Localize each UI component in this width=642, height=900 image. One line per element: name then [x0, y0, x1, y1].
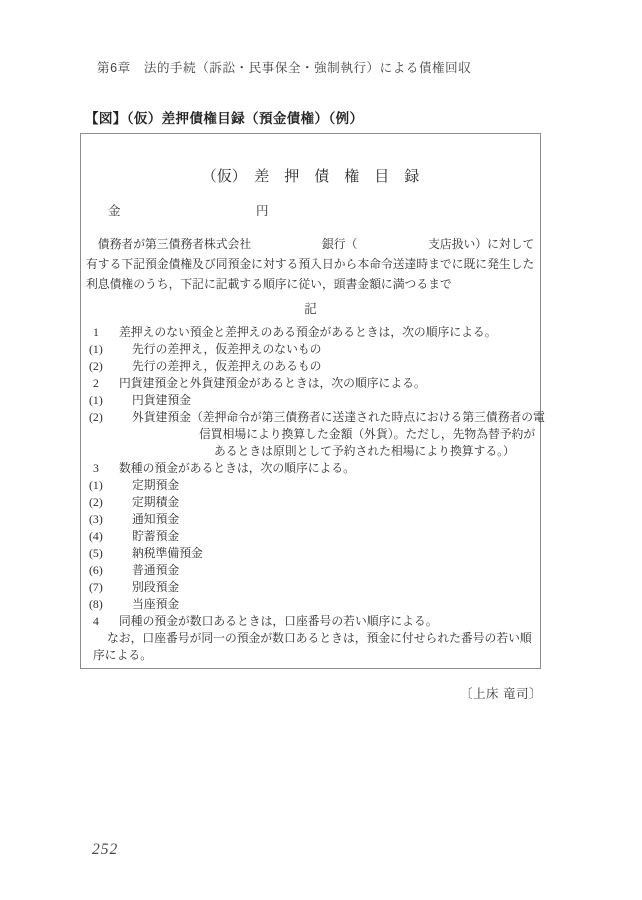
list-text: あるときは原則として予約された相場により換算する。） [214, 444, 515, 458]
list-marker: (8) [89, 596, 132, 613]
list-marker: (6) [89, 562, 132, 579]
list-line: (1)先行の差押え，仮差押えのないもの [81, 341, 540, 358]
paragraph-line: 債務者が第三債務者株式会社 銀行（ 支店扱い）に対して [86, 234, 534, 254]
paragraph-line: 有する下記預金債権及び同預金に対する預入日から本命令送達時までに既に発生した [86, 254, 534, 274]
record-heading: 記 [81, 301, 540, 318]
attachment-claims-list-box: （仮） 差 押 債 権 目 録 金 円 債務者が第三債務者株式会社 銀行（ 支店… [80, 133, 541, 669]
list-text: 序による。 [93, 648, 152, 662]
author-attribution: 〔上床 竜司〕 [80, 684, 542, 702]
list-line: 1差押えのない預金と差押えのある預金があるときは，次の順序による。 [81, 324, 540, 341]
list-marker: (2) [89, 494, 132, 511]
amount-line: 金 円 [81, 203, 540, 219]
list-marker: (1) [89, 392, 132, 409]
list-line: 2円貨建預金と外貨建預金があるときは，次の順序による。 [81, 375, 540, 392]
list-note-line: なお，口座番号が同一の預金が数口あるときは，預金に付せられた番号の若い順 [81, 630, 540, 647]
priority-order-list: 1差押えのない預金と差押えのある預金があるときは，次の順序による。 (1)先行の… [81, 324, 540, 664]
list-text: 納税準備預金 [132, 546, 203, 560]
list-line: (1)円貨建預金 [81, 392, 540, 409]
list-continuation-line: 信買相場により換算した金額（外貨）。ただし，先物為替予約が [81, 426, 540, 443]
list-marker: (1) [89, 341, 132, 358]
list-line: 3数種の預金があるときは，次の順序による。 [81, 460, 540, 477]
list-text: 数種の預金があるときは，次の順序による。 [119, 461, 355, 475]
document-title: （仮） 差 押 債 権 目 録 [81, 167, 540, 187]
list-text: 先行の差押え，仮差押えのないもの [132, 342, 321, 356]
chapter-running-header: 第6章 法的手続（訴訟・民事保全・強制執行）による債権回収 [97, 58, 471, 76]
list-line: (2)外貨建預金（差押命令が第三債務者に送達された時点における第三債務者の電 [81, 409, 540, 426]
list-text: 差押えのない預金と差押えのある預金があるときは，次の順序による。 [119, 325, 497, 339]
list-line: (5)納税準備預金 [81, 545, 540, 562]
list-text: 信買相場により換算した金額（外貨）。ただし，先物為替予約が [199, 427, 535, 441]
amount-label: 金 [108, 203, 121, 219]
list-text: 別段預金 [132, 580, 179, 594]
list-text: 円貨建預金と外貨建預金があるときは，次の順序による。 [119, 376, 426, 390]
list-continuation-line: あるときは原則として予約された相場により換算する。） [81, 443, 540, 460]
list-marker: 4 [93, 613, 119, 630]
list-line: 4同種の預金が数口あるときは，口座番号の若い順序による。 [81, 613, 540, 630]
list-line: (6)普通預金 [81, 562, 540, 579]
amount-unit: 円 [256, 203, 269, 219]
list-text: 同種の預金が数口あるときは，口座番号の若い順序による。 [119, 614, 438, 628]
list-marker: (1) [89, 477, 132, 494]
list-marker: 1 [93, 324, 119, 341]
page-number: 252 [92, 841, 118, 859]
figure-caption: 【図】（仮）差押債権目録（預金債権）（例） [85, 107, 363, 127]
list-marker: (2) [89, 409, 132, 426]
paragraph-line: 利息債権のうち，下記に記載する順序に従い，頭書金額に満つるまで [86, 274, 534, 294]
list-text: 円貨建預金 [132, 393, 191, 407]
list-text: なお，口座番号が同一の預金が数口あるときは，預金に付せられた番号の若い順 [107, 631, 532, 645]
list-marker: 3 [93, 460, 119, 477]
list-line: (1)定期預金 [81, 477, 540, 494]
list-text: 貯蓄預金 [132, 529, 179, 543]
list-text: 外貨建預金（差押命令が第三債務者に送達された時点における第三債務者の電 [132, 410, 545, 424]
list-line: (7)別段預金 [81, 579, 540, 596]
list-marker: (4) [89, 528, 132, 545]
list-text: 定期預金 [132, 478, 179, 492]
list-text: 普通預金 [132, 563, 179, 577]
list-text: 先行の差押え，仮差押えのあるもの [132, 359, 321, 373]
list-line: (2)先行の差押え，仮差押えのあるもの [81, 358, 540, 375]
book-page: { "page": { "running_header": "第6章 法的手続（… [0, 0, 642, 900]
list-text: 当座預金 [132, 597, 179, 611]
list-marker: (3) [89, 511, 132, 528]
list-marker: 2 [93, 375, 119, 392]
list-wrap-line: 序による。 [81, 647, 540, 664]
list-line: (8)当座預金 [81, 596, 540, 613]
list-line: (3)通知預金 [81, 511, 540, 528]
list-text: 通知預金 [132, 512, 179, 526]
list-text: 定期積金 [132, 495, 179, 509]
intro-paragraph: 債務者が第三債務者株式会社 銀行（ 支店扱い）に対して 有する下記預金債権及び同… [81, 234, 540, 294]
list-marker: (2) [89, 358, 132, 375]
list-line: (4)貯蓄預金 [81, 528, 540, 545]
list-line: (2)定期積金 [81, 494, 540, 511]
list-marker: (7) [89, 579, 132, 596]
list-marker: (5) [89, 545, 132, 562]
